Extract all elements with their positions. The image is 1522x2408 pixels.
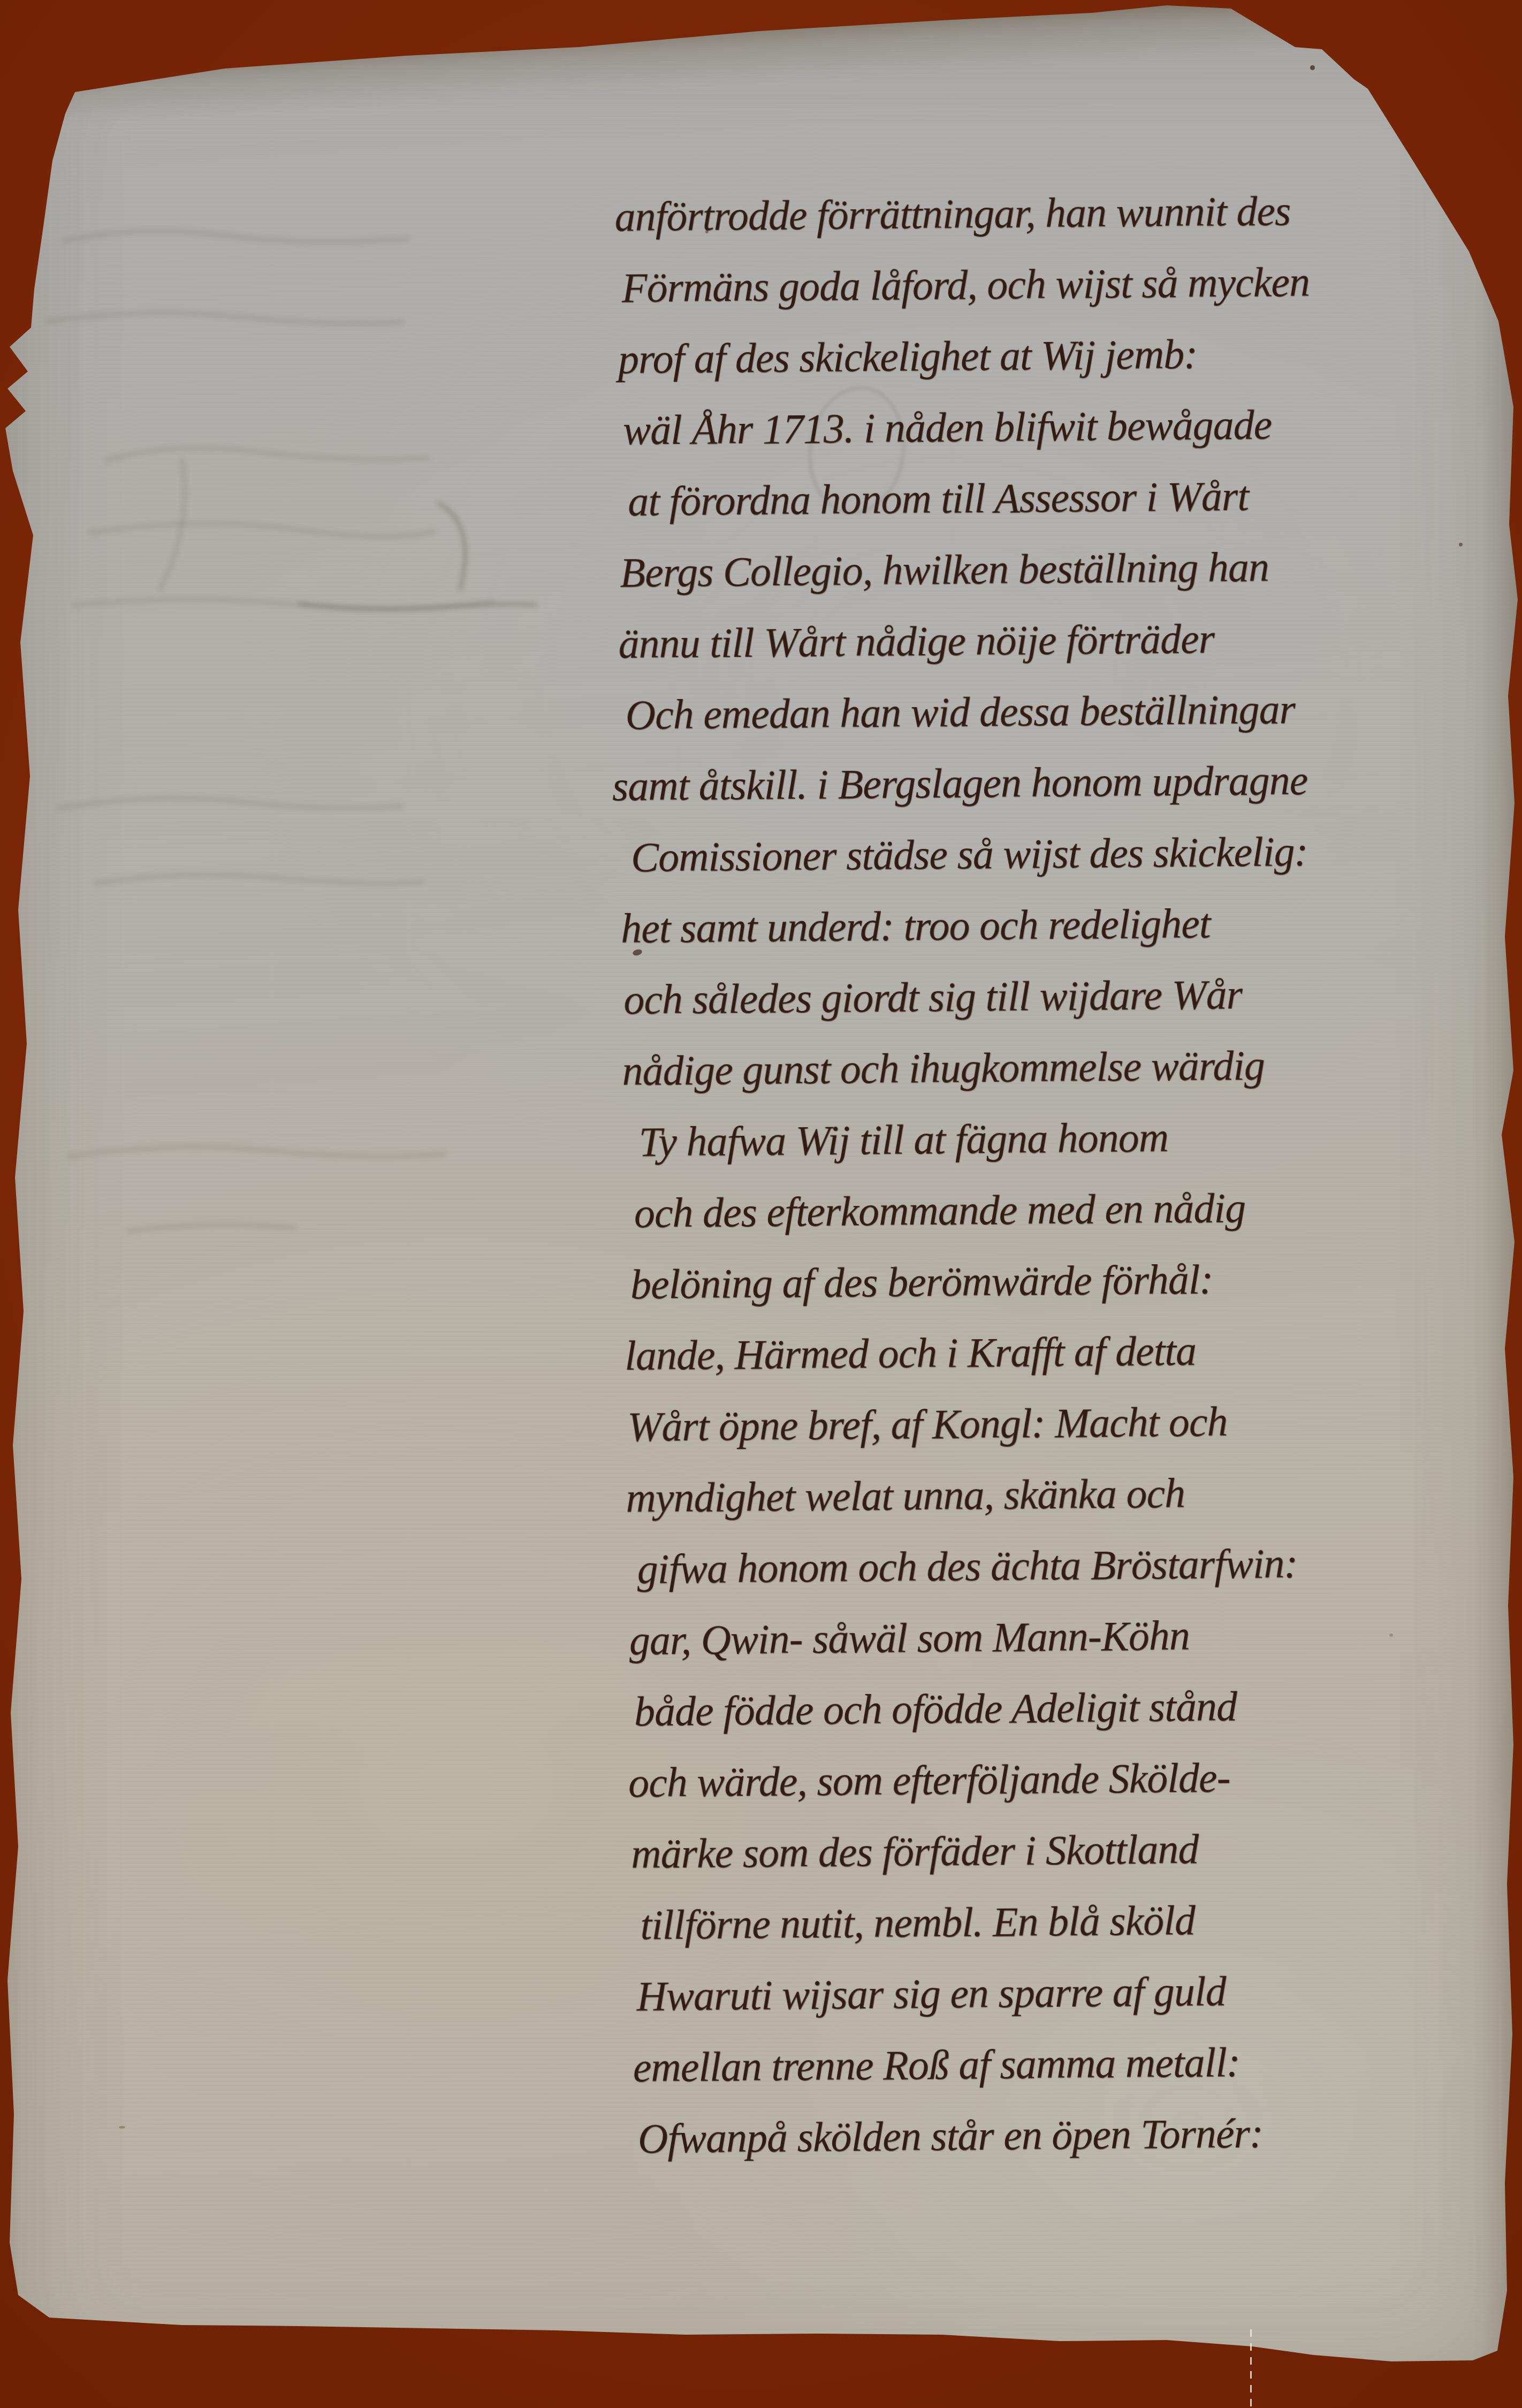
manuscript-line: Comissioner städse så wijst des skickeli… xyxy=(630,814,1522,893)
manuscript-line: Wårt öpne bref, af Kongl: Macht och xyxy=(627,1383,1522,1462)
manuscript-line: nådige gunst och ihugkommelse wärdig xyxy=(622,1027,1522,1106)
manuscript-line: at förordna honom till Assessor i Wårt xyxy=(628,458,1522,537)
manuscript-line: och wärde, som efterföljande Skölde- xyxy=(628,1739,1522,1818)
photo-canvas: anförtrodde förrättningar, han wunnit de… xyxy=(0,0,1522,2408)
manuscript-page: anförtrodde förrättningar, han wunnit de… xyxy=(0,0,1522,2408)
manuscript-line: och des efterkommande med en nådig xyxy=(634,1169,1522,1249)
manuscript-line: belöning af des berömwärde förhål: xyxy=(630,1241,1522,1320)
manuscript-line: het samt underd: troo och redelighet xyxy=(621,885,1522,964)
manuscript-line: emellan trenne Roß af samma metall: xyxy=(633,2024,1522,2103)
manuscript-line: tillförne nutit, nembl. En blå sköld xyxy=(640,1881,1522,1961)
manuscript-line: gifwa honom och des ächta Bröstarfwin: xyxy=(637,1525,1522,1605)
manuscript-line: wäl Åhr 1713. i nåden blifwit bewågade xyxy=(622,386,1522,466)
manuscript-line: Ty hafwa Wij till at fägna honom xyxy=(638,1098,1522,1178)
manuscript-line: Ofwanpå skölden står en öpen Tornér: xyxy=(637,2095,1522,2174)
ink-speck xyxy=(1310,65,1315,70)
manuscript-line: samt åtskill. i Bergslagen honom updragn… xyxy=(612,742,1522,822)
paper-fleck xyxy=(119,2126,125,2129)
manuscript-line: myndighet welat unna, skänka och xyxy=(626,1454,1522,1533)
scan-artifact-line xyxy=(1250,2329,1252,2408)
manuscript-line: märke som des förfäder i Skottland xyxy=(631,1810,1522,1889)
manuscript-line: gar, Qwin- såwäl som Mann-Köhn xyxy=(629,1597,1522,1676)
manuscript-line: Och emedan han wid dessa beställningar xyxy=(625,671,1522,750)
manuscript-line: Bergs Collegio, hwilken beställning han xyxy=(620,529,1522,608)
manuscript-line: både födde och ofödde Adeligit stånd xyxy=(634,1668,1522,1747)
manuscript-line: prof af des skickelighet at Wij jemb: xyxy=(618,315,1522,394)
manuscript-line: lande, Härmed och i Krafft af detta xyxy=(625,1312,1522,1391)
manuscript-line: anförtrodde förrättningar, han wunnit de… xyxy=(614,173,1522,252)
manuscript-line: Förmäns goda låford, och wijst så mycken xyxy=(621,244,1522,323)
manuscript-text: anförtrodde förrättningar, han wunnit de… xyxy=(614,173,1522,2174)
manuscript-line: ännu till Wårt nådige nöije förträder xyxy=(618,600,1522,679)
manuscript-line: och således giordt sig till wijdare Wår xyxy=(623,956,1522,1035)
manuscript-line: Hwaruti wijsar sig en sparre af guld xyxy=(636,1953,1522,2032)
